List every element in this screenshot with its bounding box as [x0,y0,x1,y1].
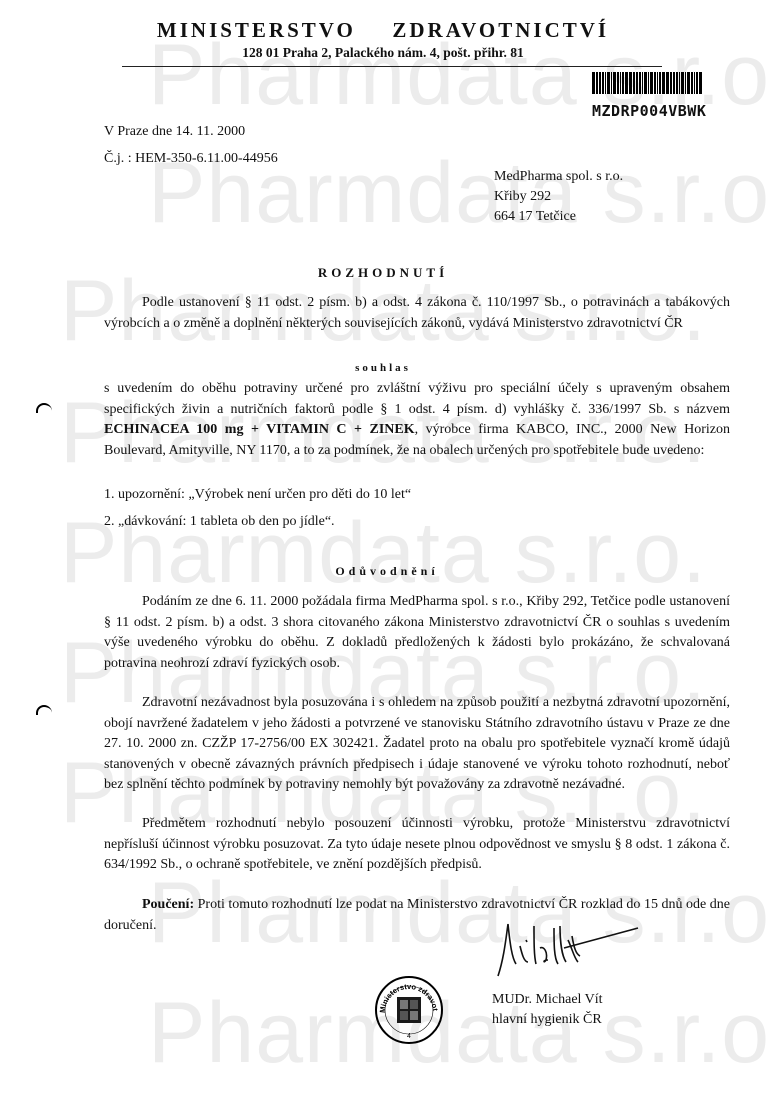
barcode-bar [613,72,616,94]
barcode-bar [629,72,632,94]
justification-paragraph: Podáním ze dne 6. 11. 2000 požádala firm… [104,592,730,674]
handwritten-signature [490,918,640,978]
barcode-bar [596,72,598,94]
barcode-bar [602,72,604,94]
recipient-address: MedPharma spol. s r.o. Křiby 292 664 17 … [494,167,623,227]
reference-number: Č.j. : HEM-350-6.11.00-44956 [104,151,278,167]
barcode-bar [611,72,612,94]
barcode-code: MZDRP004VBWK [592,102,744,120]
recipient-city: 664 17 Tetčice [494,207,623,227]
barcode-bar [650,72,653,94]
ministry-title: MINISTERSTVO ZDRAVOTNICTVÍ [0,18,766,43]
barcode [592,72,742,94]
recipient-street: Křiby 292 [494,187,623,207]
barcode-bar [687,72,690,94]
consent-text: s uvedením do oběhu potraviny určené pro… [104,379,730,461]
barcode-bar [633,72,635,94]
signatory: MUDr. Michael Vít hlavní hygienik ČR [492,990,603,1030]
official-stamp-icon: Ministerstvo zdravotnictví 4 [374,975,444,1045]
punch-hole-mark [36,403,52,413]
watermark-text: Pharmdata s.r.o. [148,990,766,1076]
decision-title: ROZHODNUTÍ [0,265,766,281]
barcode-bar [648,72,649,94]
barcode-bar [673,72,675,94]
barcode-bar [670,72,672,94]
consent-label: souhlas [0,362,766,374]
condition-item: 2. „dávkování: 1 tableta ob den po jídle… [104,514,335,530]
header-divider [122,66,662,67]
barcode-bar [639,72,641,94]
document-date: V Praze dne 14. 11. 2000 [104,124,245,140]
barcode-bar [659,72,661,94]
barcode-bar [617,72,619,94]
barcode-bar [681,72,684,94]
barcode-bar [605,72,606,94]
barcode-bar [620,72,621,94]
barcode-bar [592,72,595,94]
punch-hole-mark [36,705,52,715]
signatory-position: hlavní hygienik ČR [492,1010,603,1030]
signatory-name: MUDr. Michael Vít [492,990,603,1010]
barcode-bar [666,72,669,94]
barcode-bar [654,72,656,94]
barcode-bar [679,72,680,94]
barcode-bar [644,72,647,94]
recipient-name: MedPharma spol. s r.o. [494,167,623,187]
barcode-bar [699,72,702,94]
barcode-bar [599,72,601,94]
justification-paragraph: Předmětem rozhodnutí nebylo posouzení úč… [104,814,730,876]
condition-item: 1. upozornění: „Výrobek není určen pro d… [104,487,411,503]
svg-text:4: 4 [407,1033,411,1040]
product-name: ECHINACEA 100 mg + VITAMIN C + ZINEK [104,422,415,437]
barcode-bar [694,72,695,94]
justification-title: Odůvodnění [0,564,766,579]
barcode-bar [657,72,658,94]
barcode-bar [691,72,693,94]
barcode-bar [685,72,686,94]
barcode-bar [696,72,698,94]
barcode-bar [662,72,665,94]
barcode-bar [625,72,628,94]
barcode-bar [676,72,678,94]
ministry-address: 128 01 Praha 2, Palackého nám. 4, pošt. … [0,45,766,61]
barcode-bar [636,72,638,94]
barcode-bar [607,72,610,94]
barcode-bar [622,72,624,94]
decision-intro: Podle ustanovení § 11 odst. 2 písm. b) a… [104,293,730,334]
justification-paragraph: Zdravotní nezávadnost byla posuzována i … [104,693,730,796]
barcode-bar [642,72,643,94]
